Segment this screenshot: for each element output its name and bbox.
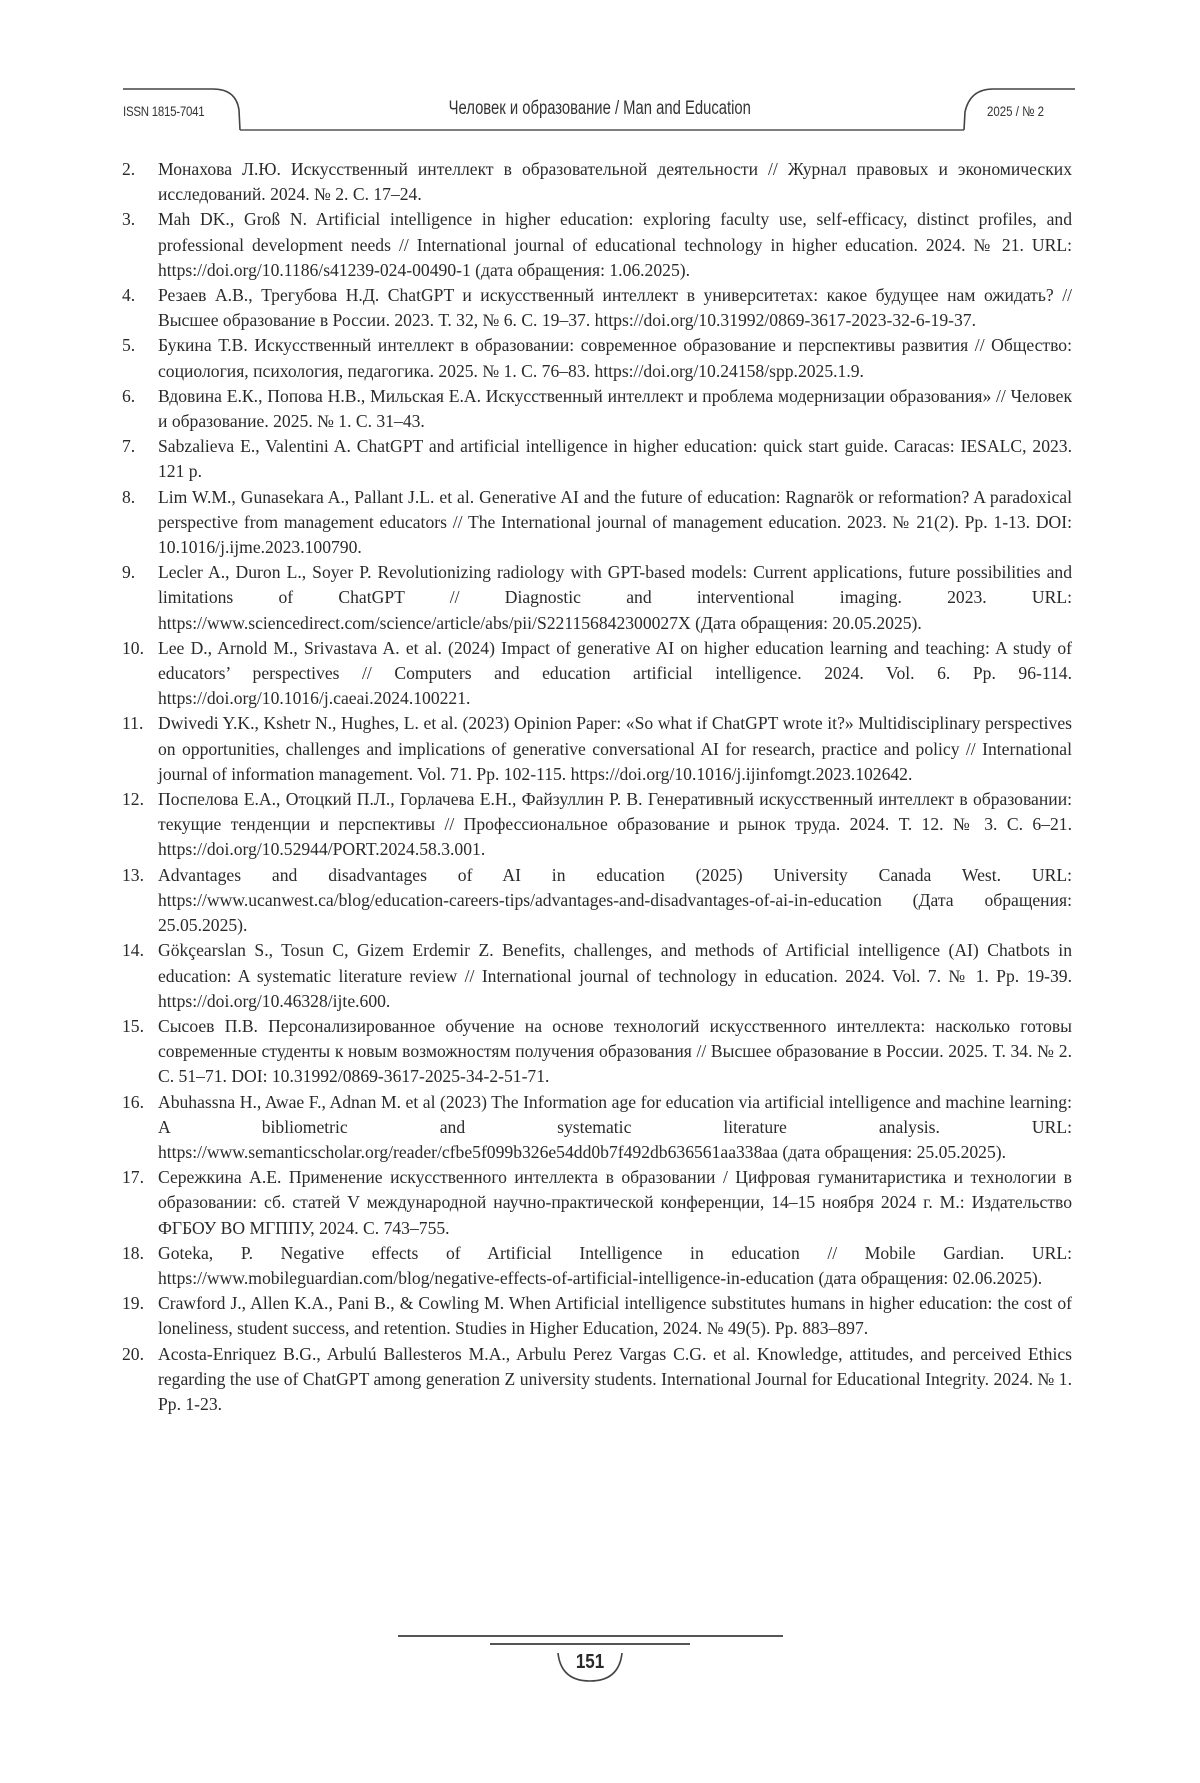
reference-text: Mah DK., Groß N. Artificial intelligence… <box>158 207 1072 283</box>
reference-text: Букина Т.В. Искусственный интеллект в об… <box>158 333 1072 383</box>
running-header: ISSN 1815-7041 Человек и образование / M… <box>0 0 1200 140</box>
reference-item: 19.Crawford J., Allen K.A., Pani B., & C… <box>122 1291 1072 1341</box>
reference-number: 4. <box>122 283 135 308</box>
reference-text: Lim W.M., Gunasekara A., Pallant J.L. et… <box>158 485 1072 561</box>
reference-item: 11.Dwivedi Y.K., Kshetr N., Hughes, L. e… <box>122 711 1072 787</box>
reference-item: 5.Букина Т.В. Искусственный интеллект в … <box>122 333 1072 383</box>
page-number: 151 <box>548 1651 633 1674</box>
reference-item: 17.Сережкина А.Е. Применение искусственн… <box>122 1165 1072 1241</box>
footer-rule-bottom <box>490 1643 690 1645</box>
reference-item: 7.Sabzalieva E., Valentini A. ChatGPT an… <box>122 434 1072 484</box>
reference-item: 10.Lee D., Arnold M., Srivastava A. et a… <box>122 636 1072 712</box>
reference-item: 12.Поспелова Е.А., Отоцкий П.Л., Горлаче… <box>122 787 1072 863</box>
reference-number: 7. <box>122 434 135 459</box>
reference-number: 8. <box>122 485 135 510</box>
footer-rule-top <box>398 1635 783 1637</box>
reference-number: 15. <box>122 1014 144 1039</box>
reference-text: Crawford J., Allen K.A., Pani B., & Cowl… <box>158 1291 1072 1341</box>
reference-number: 20. <box>122 1342 144 1367</box>
reference-item: 8.Lim W.M., Gunasekara A., Pallant J.L. … <box>122 485 1072 561</box>
reference-number: 3. <box>122 207 135 232</box>
reference-number: 5. <box>122 333 135 358</box>
reference-number: 6. <box>122 384 135 409</box>
reference-item: 14.Gökçearslan S., Tosun C, Gizem Erdemi… <box>122 938 1072 1014</box>
reference-text: Advantages and disadvantages of AI in ed… <box>158 863 1072 939</box>
reference-text: Abuhassna H., Awae F., Adnan M. et al (2… <box>158 1090 1072 1166</box>
reference-number: 14. <box>122 938 144 963</box>
reference-item: 20.Acosta-Enriquez B.G., Arbulú Balleste… <box>122 1342 1072 1418</box>
reference-text: Сысоев П.В. Персонализированное обучение… <box>158 1014 1072 1090</box>
reference-item: 6.Вдовина Е.К., Попова Н.В., Мильская Е.… <box>122 384 1072 434</box>
reference-item: 9.Lecler A., Duron L., Soyer P. Revoluti… <box>122 560 1072 636</box>
reference-item: 18.Goteka, P. Negative effects of Artifi… <box>122 1241 1072 1291</box>
reference-text: Поспелова Е.А., Отоцкий П.Л., Горлачева … <box>158 787 1072 863</box>
reference-number: 13. <box>122 863 144 888</box>
reference-text: Dwivedi Y.K., Kshetr N., Hughes, L. et a… <box>158 711 1072 787</box>
reference-number: 17. <box>122 1165 144 1190</box>
reference-number: 11. <box>122 711 143 736</box>
reference-number: 12. <box>122 787 144 812</box>
reference-number: 18. <box>122 1241 144 1266</box>
reference-text: Lee D., Arnold M., Srivastava A. et al. … <box>158 636 1072 712</box>
reference-item: 3.Mah DK., Groß N. Artificial intelligen… <box>122 207 1072 283</box>
reference-text: Sabzalieva E., Valentini A. ChatGPT and … <box>158 434 1072 484</box>
reference-item: 15.Сысоев П.В. Персонализированное обуче… <box>122 1014 1072 1090</box>
reference-number: 9. <box>122 560 135 585</box>
reference-list: 2.Монахова Л.Ю. Искусственный интеллект … <box>122 157 1072 1417</box>
reference-item: 4.Резаев А.В., Трегубова Н.Д. ChatGPT и … <box>122 283 1072 333</box>
journal-title-text: Человек и образование / Man and Educatio… <box>449 98 751 120</box>
reference-text: Goteka, P. Negative effects of Artificia… <box>158 1241 1072 1291</box>
reference-number: 10. <box>122 636 144 661</box>
reference-number: 16. <box>122 1090 144 1115</box>
reference-text: Монахова Л.Ю. Искусственный интеллект в … <box>158 157 1072 207</box>
issue-label: 2025 / № 2 <box>987 103 1044 119</box>
reference-item: 2.Монахова Л.Ю. Искусственный интеллект … <box>122 157 1072 207</box>
reference-text: Вдовина Е.К., Попова Н.В., Мильская Е.А.… <box>158 384 1072 434</box>
reference-item: 16.Abuhassna H., Awae F., Adnan M. et al… <box>122 1090 1072 1166</box>
reference-text: Сережкина А.Е. Применение искусственного… <box>158 1165 1072 1241</box>
reference-number: 19. <box>122 1291 144 1316</box>
reference-item: 13.Advantages and disadvantages of AI in… <box>122 863 1072 939</box>
reference-number: 2. <box>122 157 135 182</box>
reference-text: Lecler A., Duron L., Soyer P. Revolution… <box>158 560 1072 636</box>
reference-text: Acosta-Enriquez B.G., Arbulú Ballesteros… <box>158 1342 1072 1418</box>
reference-text: Gökçearslan S., Tosun C, Gizem Erdemir Z… <box>158 938 1072 1014</box>
reference-text: Резаев А.В., Трегубова Н.Д. ChatGPT и ис… <box>158 283 1072 333</box>
